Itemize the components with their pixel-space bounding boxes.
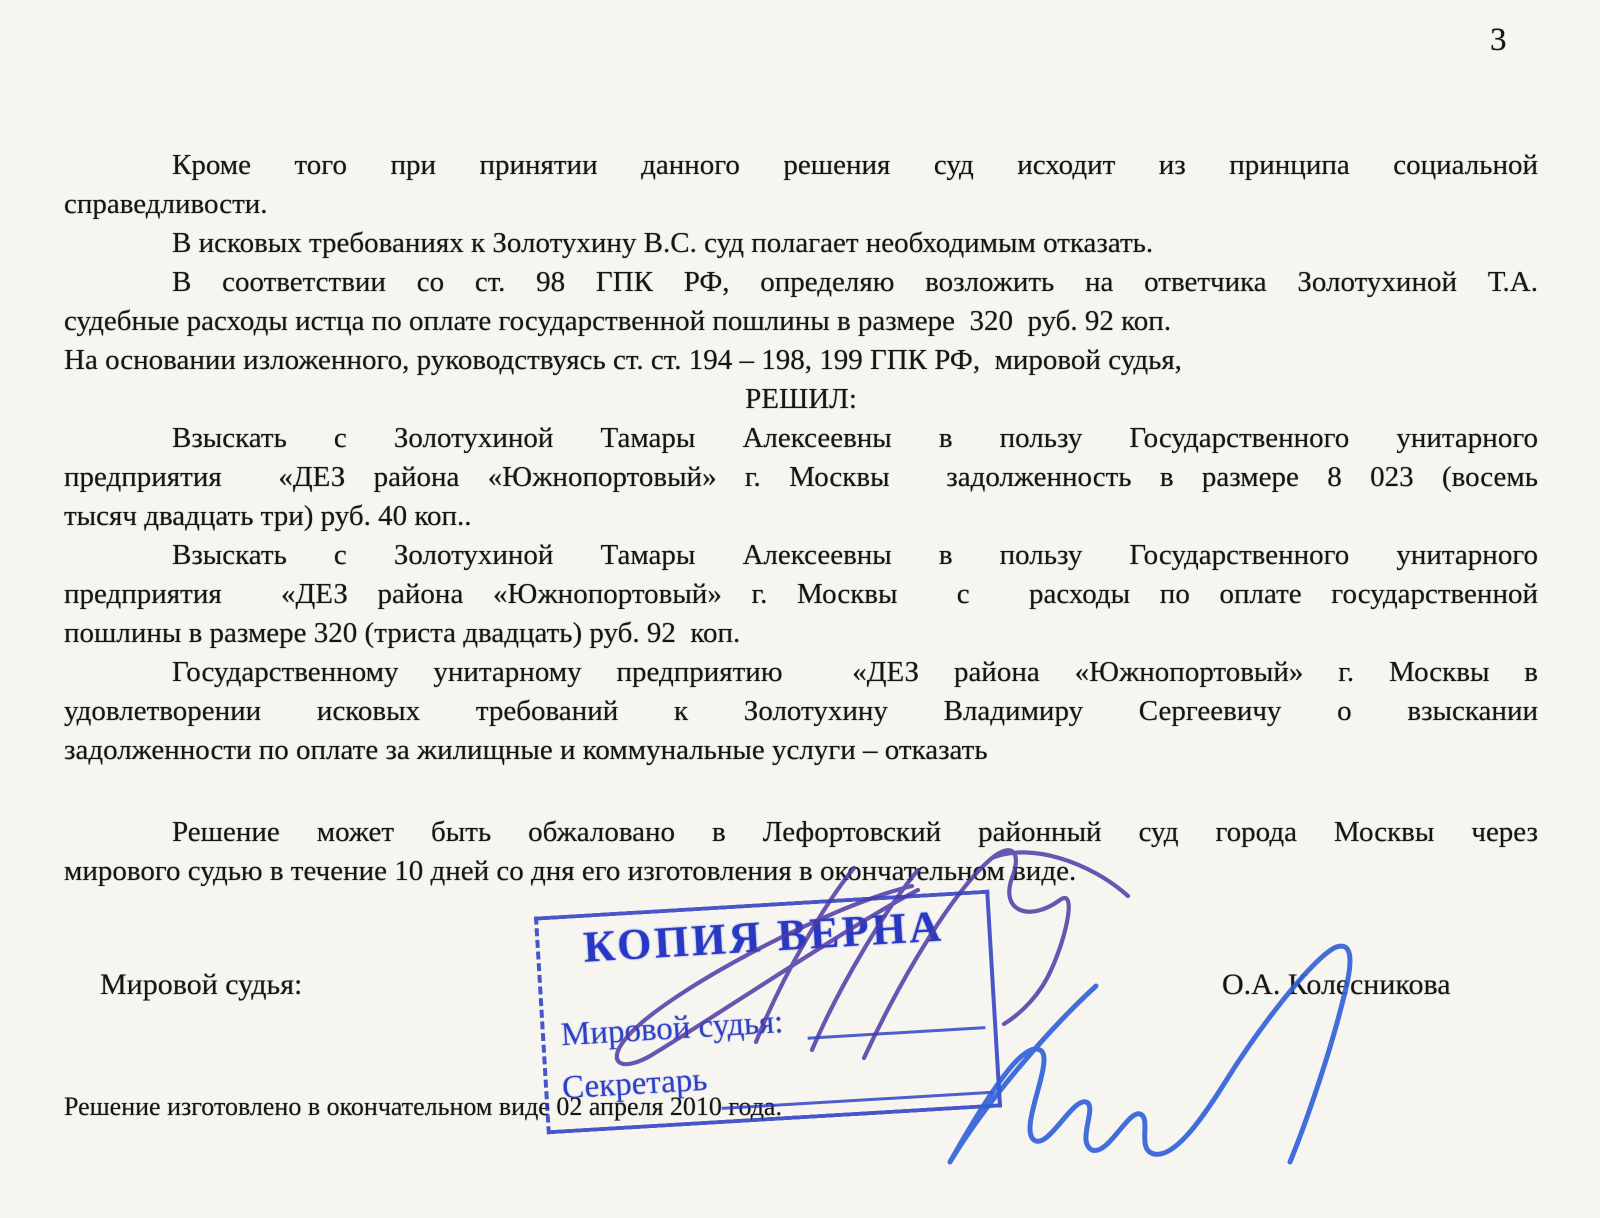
- text-line: Кроме того при принятии данного решения …: [64, 146, 1538, 185]
- text-line: На основании изложенного, руководствуясь…: [64, 341, 1538, 380]
- document-body: Кроме того при принятии данного решения …: [64, 146, 1538, 891]
- stamp-judge-label: Мировой судья:: [560, 1004, 784, 1054]
- text-line: Взыскать с Золотухиной Тамары Алексеевны…: [64, 536, 1538, 575]
- text-line: Государственному унитарному предприятию …: [64, 653, 1538, 692]
- text-line: пошлины в размере 320 (триста двадцать) …: [64, 614, 1538, 653]
- text-line: задолженности по оплате за жилищные и ко…: [64, 731, 1538, 770]
- paragraph-gap: [64, 770, 1538, 813]
- copy-certification-stamp: КОПИЯ ВЕРНА Мировой судья: Секретарь: [534, 890, 1002, 1135]
- resolution-heading: РЕШИЛ:: [64, 380, 1538, 419]
- stamp-secretary-label: Секретарь: [561, 1062, 708, 1108]
- judge-signature-label: Мировой судья:: [100, 968, 302, 1002]
- stamp-title: КОПИЯ ВЕРНА: [538, 898, 988, 975]
- scanned-court-document-page: { "page": { "number": "3", "background_c…: [0, 0, 1600, 1218]
- text-line: предприятия «ДЕЗ района «Южнопортовый» г…: [64, 458, 1538, 497]
- text-line: справедливости.: [64, 185, 1538, 224]
- text-line: В исковых требованиях к Золотухину В.С. …: [64, 224, 1538, 263]
- page-number: 3: [1490, 22, 1507, 59]
- judge-name: О.А. Колесникова: [1222, 968, 1451, 1002]
- text-line: В соответствии со ст. 98 ГПК РФ, определ…: [64, 263, 1538, 302]
- text-line: мирового судью в течение 10 дней со дня …: [64, 852, 1538, 891]
- text-line: тысяч двадцать три) руб. 40 коп..: [64, 497, 1538, 536]
- stamp-secretary-signature-line: [722, 1091, 994, 1110]
- text-line: предприятия «ДЕЗ района «Южнопортовый» г…: [64, 575, 1538, 614]
- text-line: удовлетворении исковых требований к Золо…: [64, 692, 1538, 731]
- stamp-judge-signature-line: [808, 1026, 986, 1040]
- text-line: судебные расходы истца по оплате государ…: [64, 302, 1538, 341]
- text-line: Решение может быть обжаловано в Лефортов…: [64, 813, 1538, 852]
- text-line: Взыскать с Золотухиной Тамары Алексеевны…: [64, 419, 1538, 458]
